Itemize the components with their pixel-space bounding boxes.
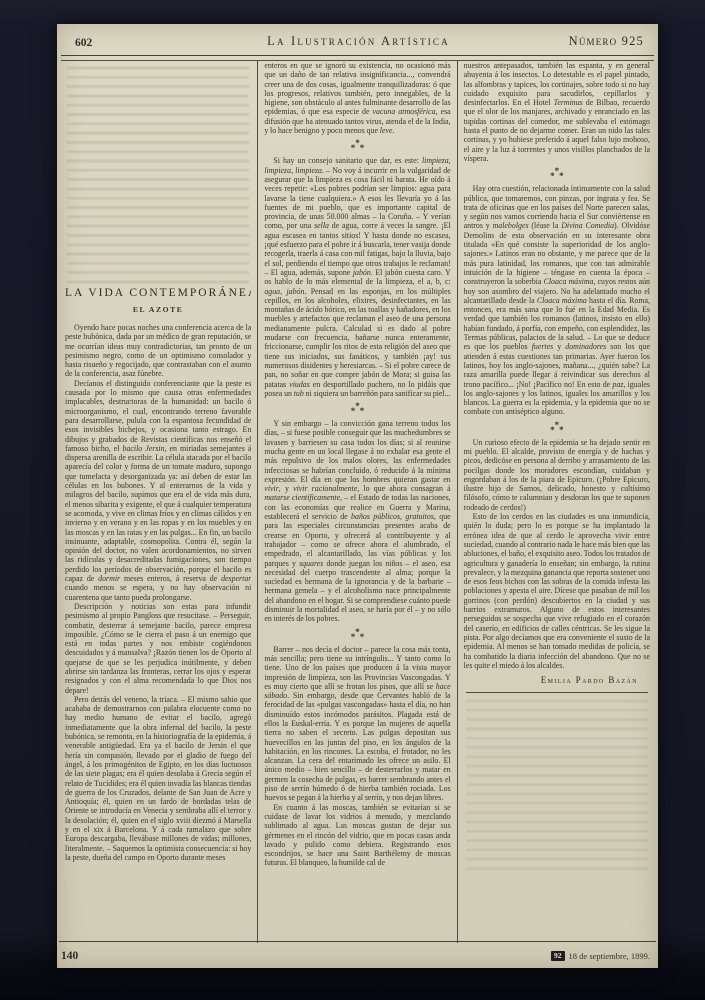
article-title: LA VIDA CONTEMPORÁNEA xyxy=(65,287,251,299)
text-columns: LA VIDA CONTEMPORÁNEAEL AZOTEOyendo hace… xyxy=(65,61,650,943)
paragraph: Descripción y noticias son estas para in… xyxy=(65,602,251,695)
asterism-divider: ** * xyxy=(264,141,450,151)
paragraph: nuestros antepasados, también las espant… xyxy=(464,61,650,163)
paragraph: En cuanto á las moscas, también se evita… xyxy=(264,803,450,868)
author-signature: Emilia Pardo Bazán xyxy=(464,675,650,685)
paragraph: Esto de los cerdos en las ciudades es un… xyxy=(464,512,650,670)
paragraph: Si hay un consejo sanitario que dar, es … xyxy=(264,156,450,398)
paragraph: Oyendo hace pocas noches una conferencia… xyxy=(65,323,251,379)
paragraph: Barrer – nos decía el doctor – parece la… xyxy=(264,645,450,803)
asterism-divider: ** * xyxy=(264,404,450,414)
asterism-divider: ** * xyxy=(464,169,650,179)
column-separator-rule xyxy=(457,61,458,943)
text-column-middle: enteros en que se ignoró su existencia, … xyxy=(264,61,450,943)
column-separator-rule xyxy=(257,61,258,943)
issue-number: Número 925 xyxy=(569,34,644,49)
publication-date: 18 de septiembre, 1899. xyxy=(569,951,650,961)
paragraph: Un curioso efecto de la epidemia se ha d… xyxy=(464,438,650,512)
paragraph: Decíanos el distinguido conferenciante q… xyxy=(65,379,251,602)
text-column-left: LA VIDA CONTEMPORÁNEAEL AZOTEOyendo hace… xyxy=(65,61,251,943)
scan-background: 602 La Ilustración Artística Número 925 … xyxy=(0,0,705,1000)
asterism-divider: ** * xyxy=(464,423,650,433)
scanned-page: 602 La Ilustración Artística Número 925 … xyxy=(57,24,658,968)
footer-rule xyxy=(59,941,656,942)
issue-badge: 92 xyxy=(551,951,565,961)
asterism-divider: ** * xyxy=(264,630,450,640)
article-end-rule xyxy=(466,692,648,693)
page-header: 602 La Ilustración Artística Número 925 xyxy=(69,31,648,53)
ghost-showthrough xyxy=(67,64,249,284)
article-subtitle: EL AZOTE xyxy=(65,305,251,314)
ghost-showthrough xyxy=(466,697,648,872)
journal-title: La Ilustración Artística xyxy=(69,34,648,49)
paragraph: Pero detrás del veneno, la triaca. – El … xyxy=(65,695,251,862)
page-footer: 140 92 18 de septiembre, 1899. xyxy=(59,947,650,963)
paragraph: enteros en que se ignoró su existencia, … xyxy=(264,61,450,135)
footer-page-number: 140 xyxy=(61,950,78,962)
paragraph: Y sin embargo – la convicción gana terre… xyxy=(264,419,450,624)
text-column-right: nuestros antepasados, también las espant… xyxy=(464,61,650,943)
paragraph: Hay otra cuestión, relacionada íntimamen… xyxy=(464,184,650,416)
